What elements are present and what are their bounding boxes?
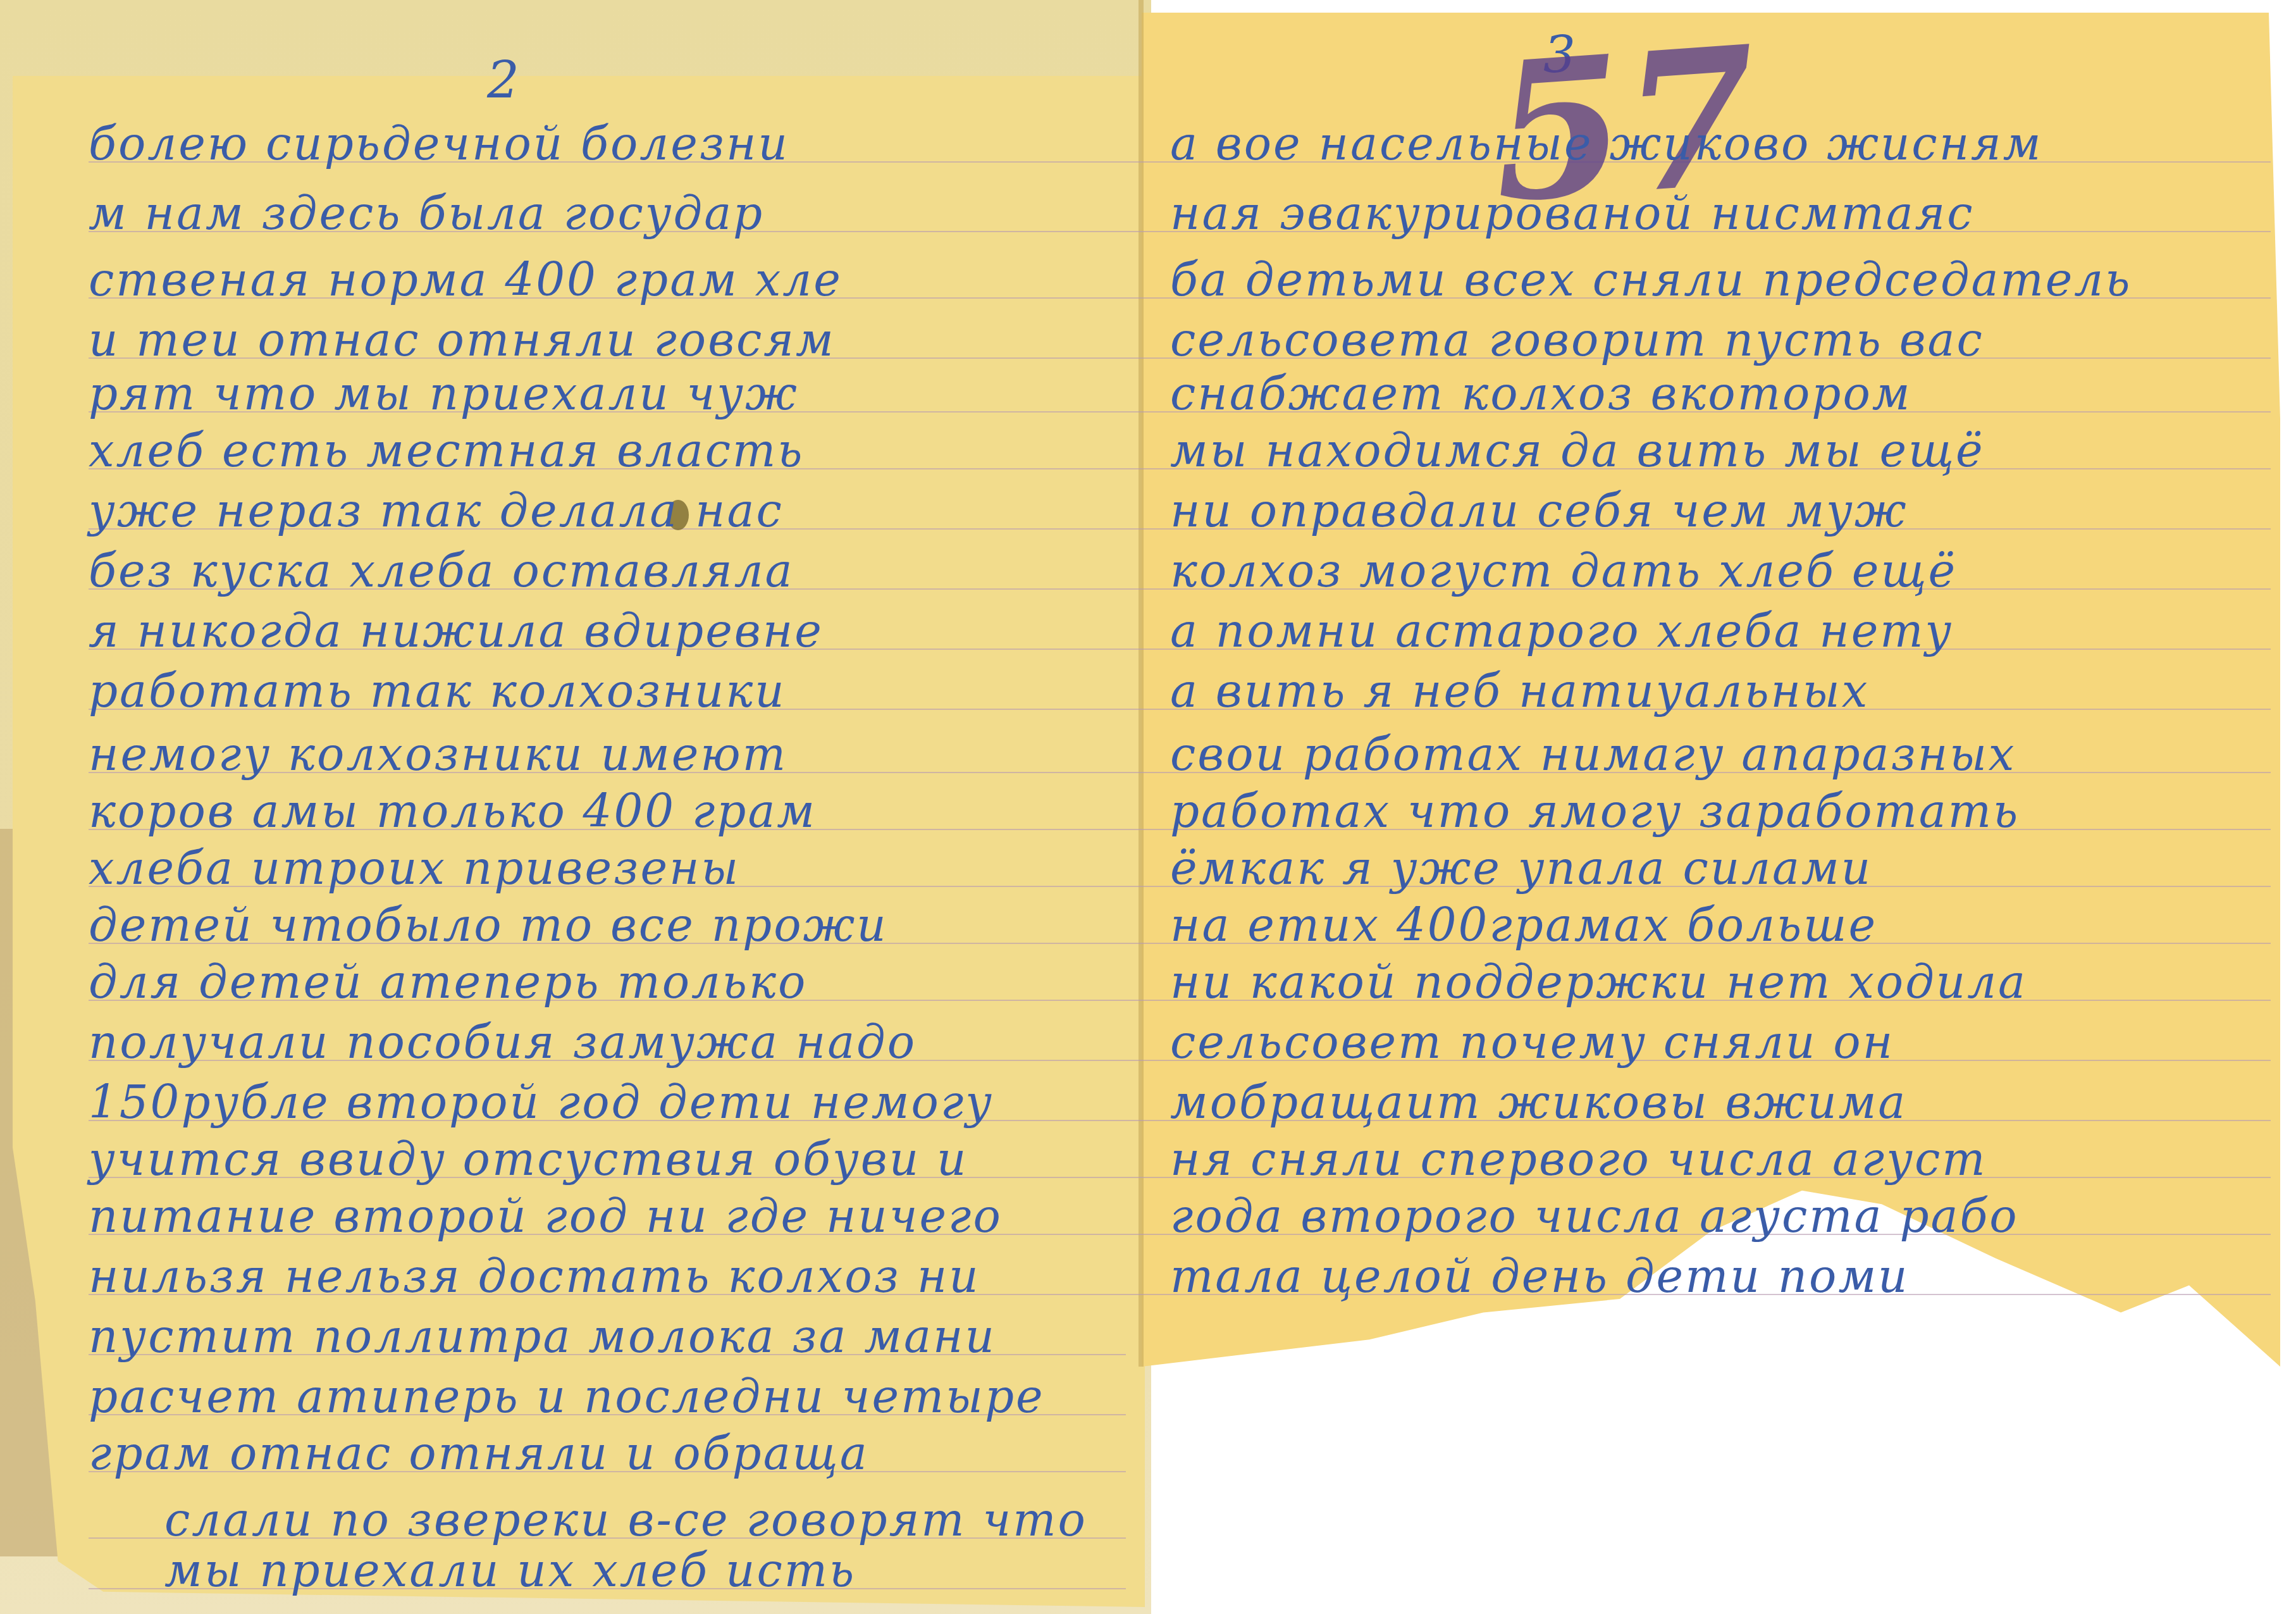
- handwritten-line-left: нильзя нельзя достать колхоз ни: [89, 1250, 980, 1303]
- handwritten-line-right: а вить я неб натиуальных: [1170, 664, 1869, 717]
- handwritten-line-left: получали пособия замужа надо: [89, 1015, 917, 1069]
- handwritten-line-left: хлеба итроих привезены: [89, 841, 740, 895]
- handwritten-line-left: без куска хлеба оставляла: [89, 544, 794, 597]
- handwritten-line-right: ня сняли спервого числа агуст: [1170, 1133, 1987, 1186]
- handwritten-line-left: коров амы только 400 грам: [89, 785, 817, 838]
- handwritten-line-right: года второго числа агуста рабо: [1170, 1189, 2019, 1243]
- handwritten-line-left: 150рубле второй год дети немогу: [89, 1076, 994, 1129]
- handwritten-line-right: колхоз могуст дать хлеб ещё: [1170, 544, 1957, 597]
- handwritten-line-left: для детей атеперь только: [89, 955, 807, 1009]
- page-number-left: 2: [487, 51, 519, 109]
- handwritten-line-left: работать так колхозники: [89, 664, 786, 717]
- page-fold: [1139, 0, 1144, 1367]
- handwritten-line-left: уже нераз так делала нас: [89, 484, 784, 537]
- handwritten-line-left: учится ввиду отсуствия обуви и: [89, 1133, 968, 1186]
- handwritten-line-left: мы приехали их хлеб исть: [164, 1544, 856, 1597]
- handwritten-line-right: ни оправдали себя чем муж: [1170, 484, 1908, 537]
- handwritten-line-right: сельсовета говорит пусть вас: [1170, 313, 1984, 366]
- handwritten-line-left: ственая норма 400 грам хле: [89, 253, 842, 306]
- handwritten-line-left: слали по звереки в-се говорят что: [164, 1493, 1087, 1546]
- handwritten-line-right: мобращаит жиковы вжима: [1170, 1076, 1907, 1129]
- handwritten-line-left: расчет атиперь и последни четыре: [89, 1370, 1045, 1423]
- handwritten-line-right: работах что ямогу заработать: [1170, 785, 2020, 838]
- handwritten-line-left: детей чтобыло то все прожи: [89, 898, 888, 952]
- handwritten-line-left: немогу колхозники имеют: [89, 728, 787, 781]
- handwritten-line-right: свои работах нимагу апаразных: [1170, 728, 2016, 781]
- handwritten-line-left: я никогда нижила вдиревне: [89, 604, 824, 657]
- handwritten-line-right: на етих 400грамах больше: [1170, 898, 1877, 952]
- handwritten-line-left: хлеб есть местная власть: [89, 424, 804, 477]
- handwritten-line-right: а помни астарого хлеба нету: [1170, 604, 1953, 657]
- handwritten-line-right: ни какой поддержки нет ходила: [1170, 955, 2027, 1009]
- handwritten-line-right: тала целой день дети поми: [1170, 1250, 1909, 1303]
- handwritten-line-left: питание второй год ни где ничего: [89, 1189, 1003, 1243]
- handwritten-line-left: болею сирьдечной болезни: [89, 117, 789, 170]
- handwritten-line-right: мы находимся да вить мы ещё: [1170, 424, 1985, 477]
- handwritten-line-left: рят что мы приехали чуж: [89, 367, 799, 420]
- handwritten-line-left: грам отнас отняли и обраща: [89, 1427, 869, 1480]
- handwritten-line-right: сельсовет почему сняли он: [1170, 1015, 1894, 1069]
- handwritten-line-left: пустит поллитра молока за мани: [89, 1310, 996, 1363]
- handwritten-line-right: ёмкак я уже упала силами: [1170, 841, 1872, 895]
- handwritten-line-left: м нам здесь была государ: [89, 187, 764, 240]
- handwritten-line-left: и теи отнас отняли говсям: [89, 313, 836, 366]
- handwritten-line-right: ба детьми всех сняли председатель: [1170, 253, 2132, 306]
- handwritten-line-right: ная эвакурированой нисмтаяс: [1170, 187, 1975, 240]
- handwritten-line-right: снабжает колхоз вкотором: [1170, 367, 1911, 420]
- handwritten-line-right: а вое насельные жиково жисням: [1170, 117, 2042, 170]
